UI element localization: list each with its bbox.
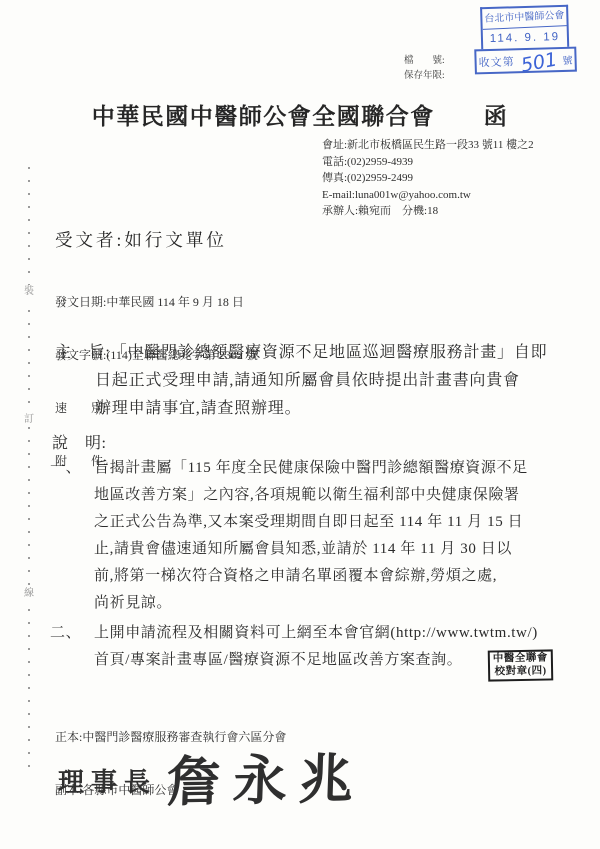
proofread-stamp: 中醫全聯會 校對章(四)	[488, 649, 554, 681]
contact-phone: 電話:(02)2959-4939	[322, 154, 534, 171]
binding-char-xian: 線	[23, 587, 35, 601]
binding-char-zhuang: 裝	[23, 285, 35, 299]
file-number-labels: 檔 號: 保存年限:	[404, 54, 484, 83]
signature-name-calligraphy: 詹永兆	[166, 736, 367, 816]
binding-char-ding: 訂	[23, 413, 35, 427]
document-title: 中華民國中醫師公會全國聯合會 函	[0, 98, 600, 131]
contact-fax: 傳真:(02)2959-2499	[322, 170, 534, 187]
received-stamp-handwritten-number: 501	[519, 48, 559, 76]
contact-handler: 承辦人:賴宛而 分機:18	[322, 203, 534, 220]
signature-block: 理事長 詹永兆	[58, 738, 365, 815]
contact-address: 會址:新北市板橋區民生路一段33 號11 樓之2	[322, 137, 534, 154]
received-stamp-org: 台北市中醫師公會	[482, 6, 567, 30]
description-item-1: 一、 旨揭計畫屬「115 年度全民健康保險中醫門診總額醫療資源不足 地區改善方案…	[50, 455, 599, 617]
received-stamp-suffix: 號	[562, 52, 572, 67]
binding-dotted-line: 裝 訂 線	[28, 167, 30, 775]
received-stamp-number-row: 收文第 501 號	[474, 47, 577, 75]
contact-block: 會址:新北市板橋區民生路一段33 號11 樓之2 電話:(02)2959-493…	[322, 137, 534, 220]
description-item-2-number: 二、	[50, 620, 94, 647]
contact-email: E-mail:luna001w@yahoo.com.tw	[322, 187, 534, 204]
received-stamp-box: 台北市中醫師公會 114. 9. 19	[480, 5, 569, 49]
description-item-1-text: 旨揭計畫屬「115 年度全民健康保險中醫門診總額醫療資源不足 地區改善方案」之內…	[94, 455, 599, 617]
received-stamp-date: 114. 9. 19	[483, 27, 568, 49]
subject-paragraph: 主 旨:「中醫門診總額醫療資源不足地區巡迴醫療服務計畫」自即 日起正式受理申請,…	[55, 339, 560, 423]
description-label: 說 明:	[52, 430, 106, 453]
signature-title: 理事長	[58, 762, 157, 799]
recipient-line: 受文者:如行文單位	[55, 227, 227, 252]
meta-issue-date: 發文日期:中華民國 114 年 9 月 18 日	[55, 294, 258, 312]
description-item-1-number: 一、	[50, 455, 94, 482]
received-stamp: 台北市中醫師公會 114. 9. 19 收文第 501 號	[480, 5, 570, 74]
